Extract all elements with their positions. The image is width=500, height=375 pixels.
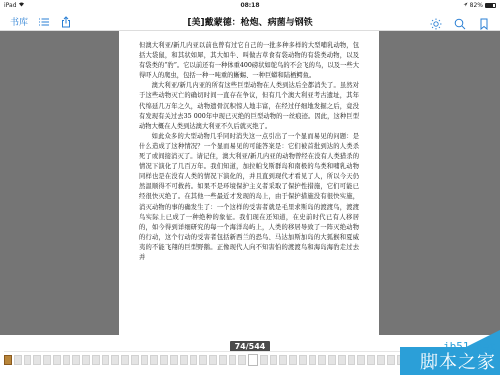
page-thumbnail[interactable] <box>131 355 139 365</box>
page-thumbnail[interactable] <box>43 355 51 365</box>
page-thumbnail[interactable] <box>53 355 61 365</box>
page-thumbnail[interactable] <box>102 355 110 365</box>
watermark-name: 脚本之家 <box>420 348 496 374</box>
page-thumbnail[interactable] <box>170 355 178 365</box>
page-thumbnail[interactable] <box>289 355 297 365</box>
book-title: [美]戴蒙德：枪炮、病菌与钢铁 <box>0 15 500 28</box>
page-text: 但澳大利亚/新几内亚以前也曾有过它自己的一批多种多样的大型哺乳动物，包括大袋鼠，… <box>119 31 379 263</box>
page-thumbnail[interactable] <box>219 355 227 365</box>
page-thumbnail[interactable] <box>141 355 149 365</box>
page-thumbnail[interactable] <box>63 355 71 365</box>
page-thumbnail[interactable] <box>150 355 158 365</box>
status-bar: iPad 08:18 82% <box>0 0 500 12</box>
page-thumbnail[interactable] <box>279 355 287 365</box>
battery-percent: 82% <box>470 2 483 9</box>
page-thumbnail[interactable] <box>24 355 32 365</box>
page-thumbnail[interactable] <box>160 355 168 365</box>
page-thumbnail[interactable] <box>92 355 100 365</box>
page-thumbnail[interactable] <box>72 355 80 365</box>
page-thumbnail[interactable] <box>111 355 119 365</box>
page-thumbnail[interactable] <box>180 355 188 365</box>
page-thumbnail[interactable] <box>270 355 278 365</box>
book-page[interactable]: 但澳大利亚/新几内亚以前也曾有过它自己的一批多种多样的大型哺乳动物，包括大袋鼠，… <box>119 31 379 335</box>
page-thumbnail[interactable] <box>229 355 237 365</box>
reader-toolbar: 书库 [美]戴蒙德：枪炮、病菌与钢铁 <box>0 12 500 31</box>
page-thumbnail[interactable] <box>260 355 268 365</box>
page-thumbnail[interactable] <box>209 355 217 365</box>
page-thumbnail[interactable] <box>318 355 326 365</box>
paragraph: 澳大利亚/新几内亚的所有这些巨型动物在人类到达后全都消失了。虽然对于这些动物灭亡… <box>139 81 359 131</box>
paragraph: 但澳大利亚/新几内亚以前也曾有过它自己的一批多种多样的大型哺乳动物，包括大袋鼠，… <box>139 41 359 81</box>
page-thumbnail[interactable] <box>121 355 129 365</box>
page-thumbnail[interactable] <box>82 355 90 365</box>
page-thumbnail[interactable] <box>14 355 22 365</box>
page-thumbnail[interactable] <box>309 355 317 365</box>
location-arrow-icon <box>463 2 468 9</box>
brightness-icon[interactable] <box>430 15 442 27</box>
watermark: jb51.net 脚本之家 <box>340 330 500 375</box>
page-thumbnail[interactable] <box>199 355 207 365</box>
page-thumbnail[interactable] <box>328 355 336 365</box>
battery-icon <box>485 3 496 8</box>
status-right: 82% <box>463 2 496 9</box>
page-thumbnail[interactable] <box>238 355 246 365</box>
page-thumbnail[interactable] <box>33 355 41 365</box>
toolbar-right <box>430 15 490 27</box>
page-thumbnail[interactable] <box>190 355 198 365</box>
page-thumbnail[interactable] <box>248 354 258 366</box>
cover-thumbnail[interactable] <box>4 355 12 365</box>
paragraph: 如此众多的大型动物几乎同时消失这一点引出了一个显而易见的问题：是什么造成了这种情… <box>139 132 359 263</box>
bookmark-icon[interactable] <box>478 15 490 27</box>
page-thumbnail[interactable] <box>299 355 307 365</box>
status-time: 08:18 <box>0 2 500 9</box>
search-icon[interactable] <box>454 15 466 27</box>
